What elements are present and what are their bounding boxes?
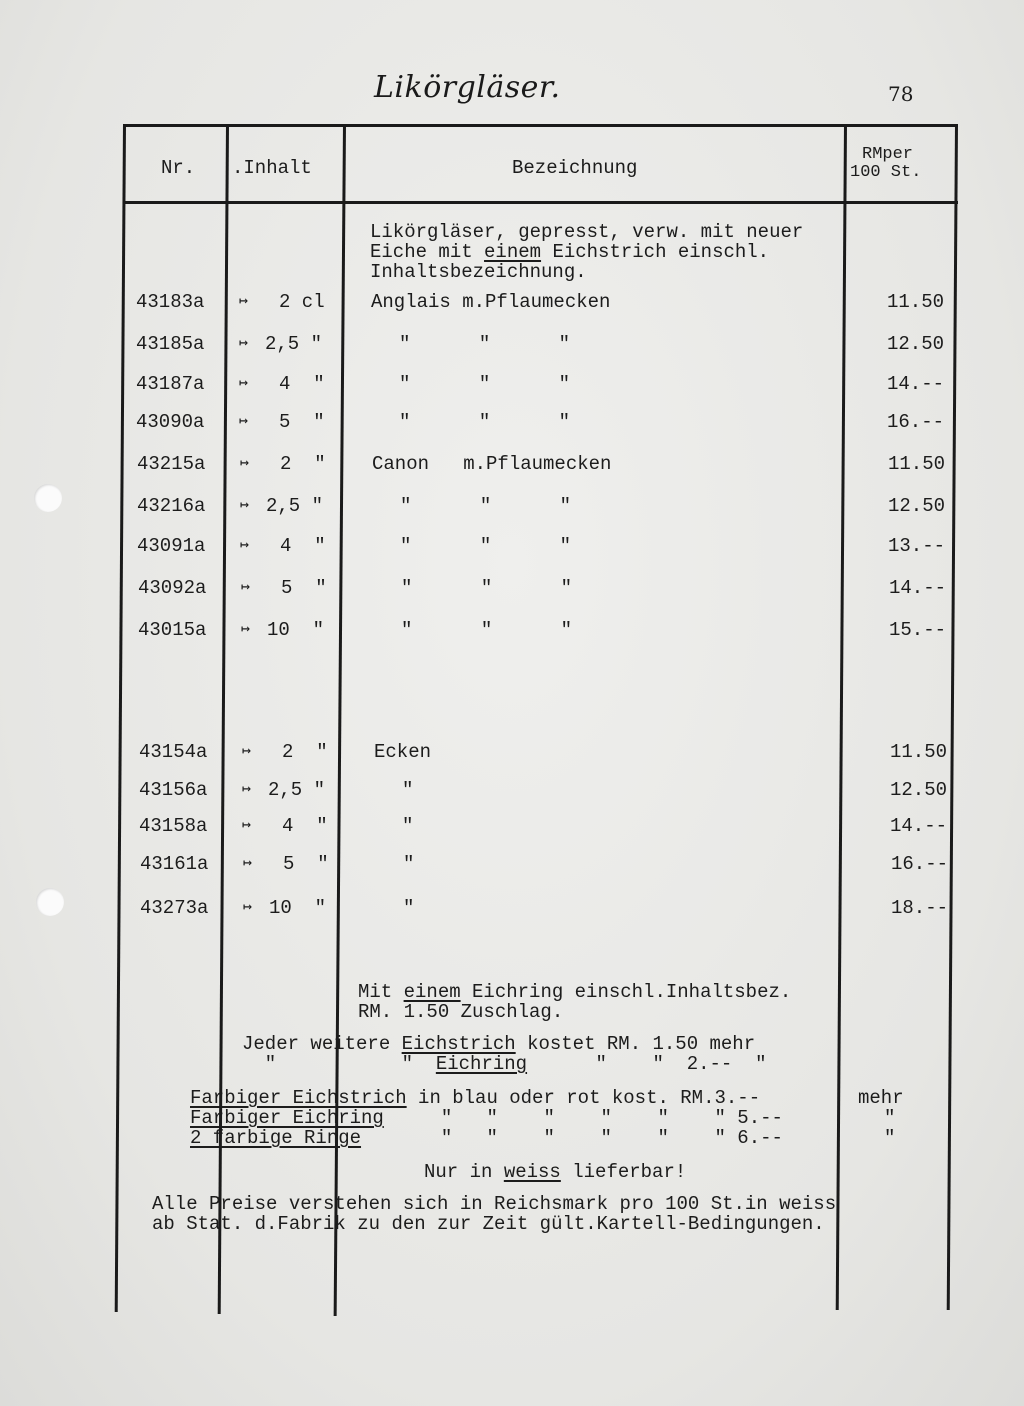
note-emphasis: einem — [404, 981, 461, 1003]
note-eichring-line1: Mit einem Eichring einschl.Inhaltsbez. — [358, 982, 791, 1002]
note-suffix: mehr — [858, 1088, 904, 1108]
item-number: 43156a — [139, 780, 207, 800]
item-number: 43183a — [136, 292, 204, 312]
note-text: Jeder weitere — [242, 1033, 402, 1055]
item-number: 43215a — [137, 454, 205, 474]
capacity: 4 " — [279, 374, 325, 394]
note-emphasis: Eichring — [436, 1053, 527, 1075]
capacity: 2,5 " — [268, 780, 325, 800]
price: 14.-- — [864, 374, 944, 394]
measure-mark-icon: ↦ — [240, 454, 249, 474]
measure-mark-icon: ↦ — [242, 816, 251, 836]
capacity: 10 " — [269, 898, 326, 918]
item-number: 43154a — [139, 742, 207, 762]
note-jeder-line1: Jeder weitere Eichstrich kostet RM. 1.50… — [242, 1034, 755, 1054]
capacity: 2 " — [282, 742, 328, 762]
description: Canon m.Pflaumecken — [372, 454, 611, 474]
header-bezeichnung: Bezeichnung — [512, 158, 637, 178]
intro-emphasis: einem — [484, 241, 541, 263]
note-eichring-line2: RM. 1.50 Zuschlag. — [358, 1002, 563, 1022]
measure-mark-icon: ↦ — [239, 334, 248, 354]
note-text: " " " " " " 5.-- — [384, 1107, 783, 1129]
description: " " " — [399, 374, 570, 394]
description: Anglais m.Pflaumecken — [371, 292, 610, 312]
capacity: 10 " — [267, 620, 324, 640]
item-number: 43273a — [140, 898, 208, 918]
note-text: in blau oder rot kost. RM.3.-- — [407, 1087, 760, 1109]
price: 16.-- — [864, 412, 944, 432]
document-page: Likörgläser. 78 Nr. .Inhalt Bezeichnung … — [0, 0, 1024, 1406]
header-price-line1: RMper — [862, 146, 913, 164]
price: 12.50 — [867, 780, 947, 800]
note-text: Eichring einschl.Inhaltsbez. — [461, 981, 792, 1003]
note-emphasis: Eichstrich — [402, 1033, 516, 1055]
header-inhalt: .Inhalt — [232, 158, 312, 178]
measure-mark-icon: ↦ — [239, 374, 248, 394]
note-suffix: " — [884, 1128, 895, 1148]
price: 12.50 — [864, 334, 944, 354]
measure-mark-icon: ↦ — [243, 898, 252, 918]
intro-line2: Eiche mit einem Eichstrich einschl. — [370, 242, 769, 262]
item-number: 43185a — [136, 334, 204, 354]
note-text: Mit — [358, 981, 404, 1003]
description: " " " — [400, 536, 571, 556]
column-divider — [836, 124, 847, 1310]
capacity: 2 " — [280, 454, 326, 474]
capacity: 5 " — [281, 578, 327, 598]
note-emphasis: Farbiger Eichstrich — [190, 1087, 407, 1109]
punch-hole — [34, 484, 62, 512]
header-nr: Nr. — [161, 158, 195, 178]
price: 12.50 — [865, 496, 945, 516]
intro-line1: Likörgläser, gepresst, verw. mit neuer — [370, 222, 803, 242]
note-nur-weiss: Nur in weiss lieferbar! — [424, 1162, 686, 1182]
header-price-line2: 100 St. — [850, 164, 921, 182]
measure-mark-icon: ↦ — [241, 620, 250, 640]
intro-line3: Inhaltsbezeichnung. — [370, 262, 587, 282]
description: Ecken — [374, 742, 431, 762]
capacity: 5 " — [279, 412, 325, 432]
note-text: Nur in — [424, 1161, 504, 1183]
item-number: 43015a — [138, 620, 206, 640]
capacity: 4 " — [280, 536, 326, 556]
capacity: 2 cl — [279, 292, 325, 312]
punch-hole — [36, 888, 64, 916]
item-number: 43092a — [138, 578, 206, 598]
note-emphasis: 2 farbige Ringe — [190, 1127, 361, 1149]
price: 11.50 — [865, 454, 945, 474]
description: " — [403, 898, 414, 918]
measure-mark-icon: ↦ — [240, 496, 249, 516]
note-text: " " " " " " 6.-- — [361, 1127, 783, 1149]
capacity: 4 " — [282, 816, 328, 836]
measure-mark-icon: ↦ — [239, 292, 248, 312]
note-text: " " — [242, 1053, 436, 1075]
intro-text: Eichstrich einschl. — [541, 241, 769, 263]
description: " " " — [399, 412, 570, 432]
price: 14.-- — [866, 578, 946, 598]
measure-mark-icon: ↦ — [242, 742, 251, 762]
price: 16.-- — [868, 854, 948, 874]
colored-marking-note: Farbiger Eichring " " " " " " 5.-- — [190, 1108, 783, 1128]
capacity: 2,5 " — [265, 334, 322, 354]
note-text: " " 2.-- " — [527, 1053, 766, 1075]
price: 14.-- — [867, 816, 947, 836]
description: " " " — [401, 578, 572, 598]
item-number: 43091a — [137, 536, 205, 556]
note-emphasis: weiss — [504, 1161, 561, 1183]
capacity: 2,5 " — [266, 496, 323, 516]
note-jeder-line2: " " Eichring " " 2.-- " — [242, 1054, 767, 1074]
table-top-border — [123, 124, 958, 127]
description: " — [402, 780, 413, 800]
measure-mark-icon: ↦ — [239, 412, 248, 432]
description: " " " — [400, 496, 571, 516]
price: 13.-- — [865, 536, 945, 556]
note-alle-line1: Alle Preise verstehen sich in Reichsmark… — [152, 1194, 836, 1214]
note-suffix: " — [884, 1108, 895, 1128]
price: 15.-- — [866, 620, 946, 640]
item-number: 43161a — [140, 854, 208, 874]
colored-marking-note: 2 farbige Ringe " " " " " " 6.-- — [190, 1128, 783, 1148]
price: 18.-- — [868, 898, 948, 918]
note-text: lieferbar! — [561, 1161, 686, 1183]
description: " " " — [401, 620, 572, 640]
description: " " " — [399, 334, 570, 354]
measure-mark-icon: ↦ — [240, 536, 249, 556]
item-number: 43090a — [136, 412, 204, 432]
price: 11.50 — [864, 292, 944, 312]
column-divider — [115, 124, 126, 1312]
description: " — [402, 816, 413, 836]
capacity: 5 " — [283, 854, 329, 874]
measure-mark-icon: ↦ — [241, 578, 250, 598]
header-bottom-border — [123, 201, 958, 204]
column-divider — [947, 124, 958, 1310]
price: 11.50 — [867, 742, 947, 762]
measure-mark-icon: ↦ — [243, 854, 252, 874]
page-number: 78 — [888, 82, 913, 106]
note-alle-line2: ab Stat. d.Fabrik zu den zur Zeit gült.K… — [152, 1214, 825, 1234]
page-title: Likörgläser. — [374, 70, 561, 105]
intro-text: Eiche mit — [370, 241, 484, 263]
measure-mark-icon: ↦ — [242, 780, 251, 800]
note-text: kostet RM. 1.50 mehr — [516, 1033, 755, 1055]
description: " — [403, 854, 414, 874]
note-emphasis: Farbiger Eichring — [190, 1107, 384, 1129]
item-number: 43187a — [136, 374, 204, 394]
item-number: 43158a — [139, 816, 207, 836]
colored-marking-note: Farbiger Eichstrich in blau oder rot kos… — [190, 1088, 760, 1108]
item-number: 43216a — [137, 496, 205, 516]
